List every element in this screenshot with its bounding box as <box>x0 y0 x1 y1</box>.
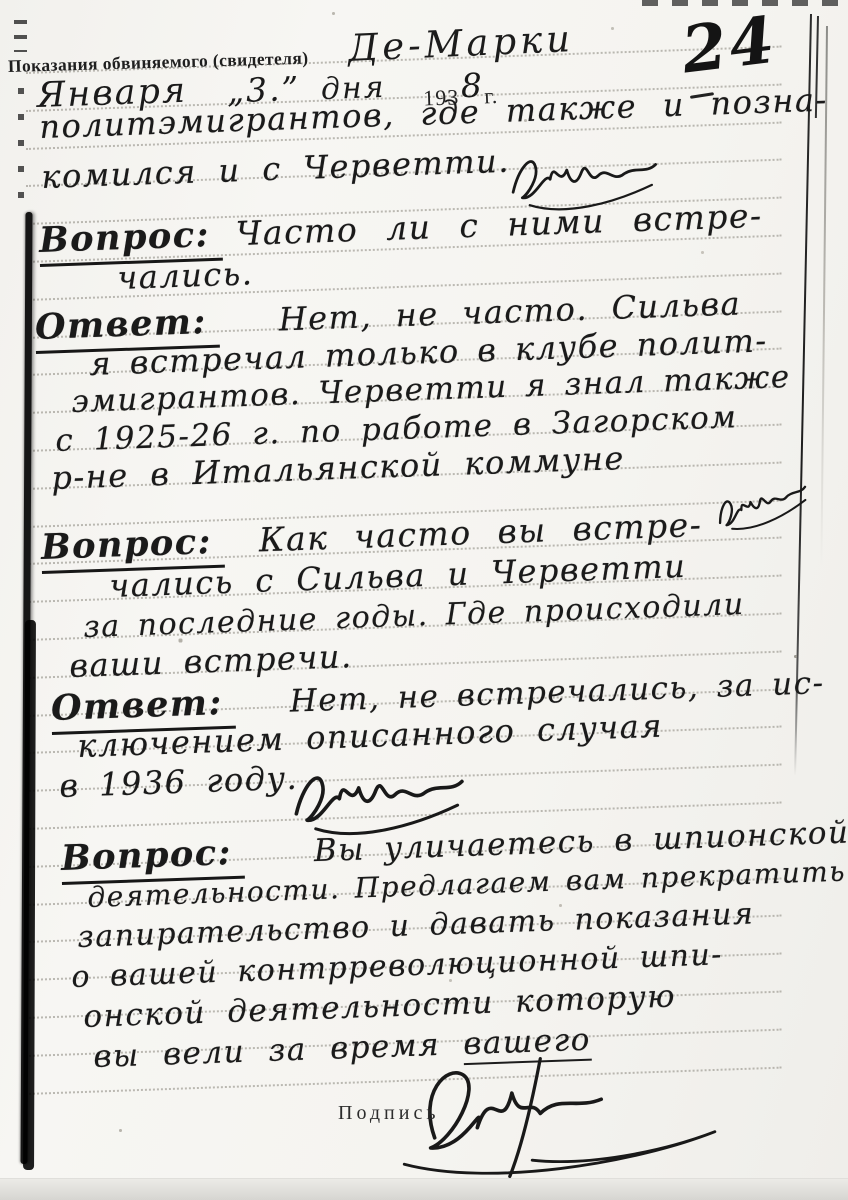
scan-edge-marks-top-left <box>14 20 27 52</box>
signature-flourish-inline-2 <box>704 457 819 560</box>
manuscript-text: комился и с Черветти. <box>41 142 511 196</box>
manuscript-text: ваши встречи. <box>69 637 353 685</box>
scanned-page: Де-Марки 24 Показания обвиняемого (свиде… <box>0 0 848 1200</box>
printed-signature-caption: Подпись <box>338 1102 439 1125</box>
manuscript-line: чались. <box>117 256 254 296</box>
paper-specks <box>0 0 1 1</box>
manuscript-line: ваши встречи. <box>69 639 353 684</box>
manuscript-text: чались. <box>117 254 254 297</box>
manuscript-text: в 1936 году. <box>59 759 299 805</box>
signature-flourish-inline-1 <box>495 146 670 220</box>
manuscript-line: в 1936 году. <box>59 761 299 805</box>
folio-number: 24 <box>678 2 781 88</box>
manuscript-line: комился и с Черветти. <box>41 144 511 196</box>
page-edge-line <box>794 14 812 776</box>
binding-strip-lower <box>23 620 36 1170</box>
binding-dashes <box>18 88 24 214</box>
signature-flourish-inline-3 <box>272 760 482 846</box>
